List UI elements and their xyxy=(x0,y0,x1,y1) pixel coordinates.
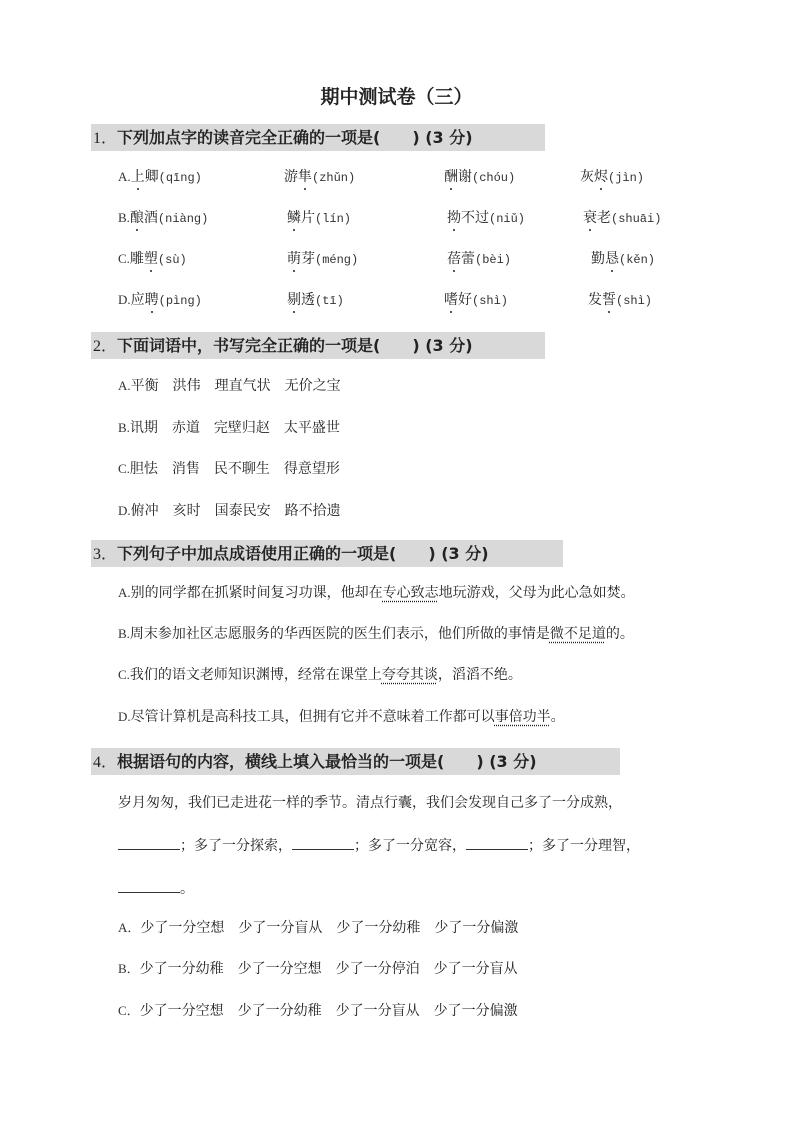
word-part: 不过 xyxy=(461,210,489,226)
option-letter: A． xyxy=(118,920,140,935)
word: 洪伟 xyxy=(173,376,201,396)
phrase: 少了一分盲从 xyxy=(336,1001,420,1021)
sentence-part: 。 xyxy=(551,709,565,725)
option-letter: D. xyxy=(118,503,131,518)
word: 路不拾遗 xyxy=(285,501,341,521)
dotted-char: 拗 xyxy=(447,210,461,226)
fill-blank-2[interactable] xyxy=(292,835,354,850)
fill-blank-1[interactable] xyxy=(118,835,180,850)
q1-option-a[interactable]: A.上卿(qīng) xyxy=(118,167,202,188)
sentence-part: 的。 xyxy=(606,626,634,642)
word: 亥时 xyxy=(173,501,201,521)
word-part: 老 xyxy=(597,210,611,226)
option-letter: B. xyxy=(118,420,130,435)
pinyin: (shuāi) xyxy=(611,212,661,226)
pinyin: (niǔ) xyxy=(489,212,525,226)
word: 民不聊生 xyxy=(214,459,270,479)
dotted-char: 上 xyxy=(131,169,145,185)
dotted-char: 烬 xyxy=(594,169,608,185)
dotted-char: 蓓 xyxy=(447,251,461,267)
word: 无价之宝 xyxy=(285,376,341,396)
q2-option-a[interactable]: A.平衡洪伟理直气状无价之宝 xyxy=(118,376,355,396)
q3-option-b[interactable]: B.周末参加社区志愿服务的华西医院的医生们表示，他们所做的事情是微不足道的。 xyxy=(118,624,634,644)
option-letter: B． xyxy=(118,961,140,976)
score-label: (3 分) xyxy=(489,752,536,771)
q1-c-word-4: 勤恳(kěn) xyxy=(591,249,655,270)
question-prompt: 下面词语中，书写完全正确的一项是( xyxy=(117,336,380,355)
paren-close: ) xyxy=(412,128,419,147)
word-part: 透 xyxy=(301,292,315,308)
word-part: 好 xyxy=(458,292,472,308)
phrase: 少了一分偏激 xyxy=(434,918,518,938)
dotted-idiom: 夸夸其谈 xyxy=(382,667,438,683)
sentence-part: 地玩游戏，父母为此心急如焚。 xyxy=(439,585,635,601)
word: 完壁归赵 xyxy=(214,418,270,438)
pinyin: (shì) xyxy=(472,294,508,308)
question-number: 4． xyxy=(93,754,117,771)
dotted-char: 嗜 xyxy=(444,292,458,308)
q4-option-c[interactable]: C．少了一分空想少了一分幼稚少了一分盲从少了一分偏激 xyxy=(118,1001,532,1021)
dotted-char: 酬 xyxy=(444,169,458,185)
option-letter: C． xyxy=(118,1003,140,1018)
pinyin: (pìng) xyxy=(159,294,202,308)
paren-close: ) xyxy=(412,336,419,355)
word-part: 勤 xyxy=(591,251,605,267)
pinyin: (méng) xyxy=(315,253,358,267)
word: 太平盛世 xyxy=(284,418,340,438)
word: 赤道 xyxy=(172,418,200,438)
pinyin: (niàng) xyxy=(158,212,208,226)
dotted-char: 鳞 xyxy=(287,210,301,226)
word-part: 芽 xyxy=(301,251,315,267)
word: 平衡 xyxy=(131,376,159,396)
dotted-char: 萌 xyxy=(287,251,301,267)
dotted-idiom: 专心致志 xyxy=(383,585,439,601)
paren-close: ) xyxy=(428,544,435,563)
sentence-part: 我们的语文老师知识渊博，经常在课堂上 xyxy=(130,667,382,683)
question-number: 1． xyxy=(93,130,117,147)
dotted-char: 聘 xyxy=(145,292,159,308)
word-part: 卿 xyxy=(145,169,159,185)
dotted-idiom: 事倍功半 xyxy=(495,709,551,725)
word: 讯期 xyxy=(130,418,158,438)
fill-blank-4[interactable] xyxy=(118,878,180,893)
sentence-part: ，滔滔不绝。 xyxy=(438,667,522,683)
pinyin: (lín) xyxy=(315,212,351,226)
option-letter: A. xyxy=(118,585,131,600)
word-part: 谢 xyxy=(458,169,472,185)
option-letter: A. xyxy=(118,169,131,184)
option-letter: D. xyxy=(118,292,131,307)
pinyin: (qīng) xyxy=(159,171,202,185)
q1-d-word-2: 剔透(tī) xyxy=(287,290,344,311)
q1-option-d[interactable]: D.应聘(pìng) xyxy=(118,290,202,311)
passage-segment: ；多了一分宽容， xyxy=(354,838,466,854)
q1-b-word-4: 衰老(shuāi) xyxy=(583,208,661,229)
question-prompt: 下列加点字的读音完全正确的一项是( xyxy=(117,128,380,147)
option-letter: D. xyxy=(118,709,131,724)
q4-passage-line-2: ；多了一分探索，；多了一分宽容，；多了一分理智， xyxy=(118,835,640,856)
q3-option-c[interactable]: C.我们的语文老师知识渊博，经常在课堂上夸夸其谈，滔滔不绝。 xyxy=(118,665,522,685)
q4-option-a[interactable]: A．少了一分空想少了一分盲从少了一分幼稚少了一分偏激 xyxy=(118,918,532,938)
q1-c-word-3: 蓓蕾(bèi) xyxy=(447,249,511,270)
phrase: 少了一分幼稚 xyxy=(336,918,420,938)
question-4-header: 4．根据语句的内容，横线上填入最恰当的一项是() (3 分) xyxy=(91,748,620,775)
word-part: 酒 xyxy=(144,210,158,226)
q4-passage-line-3: 。 xyxy=(118,878,194,899)
phrase: 少了一分盲从 xyxy=(238,918,322,938)
q4-passage-line-1: 岁月匆匆，我们已走进花一样的季节。清点行囊，我们会发现自己多了一分成熟， xyxy=(118,793,622,813)
pinyin: (tī) xyxy=(315,294,344,308)
q1-a-word-3: 酬谢(chóu) xyxy=(444,167,515,188)
option-letter: C. xyxy=(118,251,130,266)
question-prompt: 根据语句的内容，横线上填入最恰当的一项是( xyxy=(117,752,444,771)
sentence-part: 别的同学都在抓紧时间复习功课，他却在 xyxy=(131,585,383,601)
option-letter: C. xyxy=(118,667,130,682)
word: 国泰民安 xyxy=(215,501,271,521)
phrase: 少了一分幼稚 xyxy=(238,1001,322,1021)
dotted-char: 誓 xyxy=(602,292,616,308)
phrase: 少了一分幼稚 xyxy=(140,959,224,979)
page-title: 期中测试卷（三） xyxy=(0,82,793,109)
dotted-char: 隼 xyxy=(298,169,312,185)
phrase: 少了一分空想 xyxy=(140,1001,224,1021)
q1-d-word-3: 嗜好(shì) xyxy=(444,290,508,311)
question-1-header: 1．下列加点字的读音完全正确的一项是() (3 分) xyxy=(91,124,545,151)
dotted-char: 恳 xyxy=(605,251,619,267)
question-number: 3． xyxy=(93,546,117,563)
score-label: (3 分) xyxy=(441,544,488,563)
q2-option-b[interactable]: B.讯期赤道完壁归赵太平盛世 xyxy=(118,418,354,438)
question-2-header: 2．下面词语中，书写完全正确的一项是() (3 分) xyxy=(91,332,545,359)
phrase: 少了一分空想 xyxy=(238,959,322,979)
phrase: 少了一分盲从 xyxy=(434,959,518,979)
word-part: 雕 xyxy=(130,251,144,267)
q2-option-d[interactable]: D.俯冲亥时国泰民安路不拾遗 xyxy=(118,501,355,521)
passage-segment: ；多了一分探索， xyxy=(180,838,292,854)
q4-option-b[interactable]: B．少了一分幼稚少了一分空想少了一分停泊少了一分盲从 xyxy=(118,959,532,979)
phrase: 少了一分停泊 xyxy=(336,959,420,979)
pinyin: (sù) xyxy=(158,253,187,267)
option-letter: C. xyxy=(118,461,130,476)
pinyin: (chóu) xyxy=(472,171,515,185)
word: 消售 xyxy=(172,459,200,479)
dotted-char: 衰 xyxy=(583,210,597,226)
phrase: 少了一分空想 xyxy=(140,918,224,938)
q3-option-a[interactable]: A.别的同学都在抓紧时间复习功课，他却在专心致志地玩游戏，父母为此心急如焚。 xyxy=(118,583,635,603)
pinyin: (bèi) xyxy=(475,253,511,267)
q1-d-word-4: 发誓(shì) xyxy=(588,290,652,311)
word-part: 应 xyxy=(131,292,145,308)
word-part: 游 xyxy=(284,169,298,185)
pinyin: (kěn) xyxy=(619,253,655,267)
dotted-char: 酿 xyxy=(130,210,144,226)
phrase: 少了一分偏激 xyxy=(434,1001,518,1021)
dotted-char: 塑 xyxy=(144,251,158,267)
passage-segment: ；多了一分理智， xyxy=(528,838,640,854)
score-label: (3 分) xyxy=(425,128,472,147)
q1-option-c[interactable]: C.雕塑(sù) xyxy=(118,249,187,270)
option-letter: B. xyxy=(118,626,130,641)
option-letter: B. xyxy=(118,210,130,225)
pinyin: (jìn) xyxy=(608,171,644,185)
dotted-char: 剔 xyxy=(287,292,301,308)
sentence-part: 周末参加社区志愿服务的华西医院的医生们表示，他们所做的事情是 xyxy=(130,626,550,642)
word-part: 灰 xyxy=(580,169,594,185)
q1-b-word-3: 拗不过(niǔ) xyxy=(447,208,525,229)
word: 得意望形 xyxy=(284,459,340,479)
dotted-idiom: 微不足道 xyxy=(550,626,606,642)
q3-option-d[interactable]: D.尽管计算机是高科技工具，但拥有它并不意味着工作都可以事倍功半。 xyxy=(118,707,565,727)
q1-a-word-2: 游隼(zhǔn) xyxy=(284,167,355,188)
passage-end: 。 xyxy=(180,881,194,897)
pinyin: (shì) xyxy=(616,294,652,308)
pinyin: (zhǔn) xyxy=(312,171,355,185)
question-3-header: 3．下列句子中加点成语使用正确的一项是() (3 分) xyxy=(91,540,563,567)
question-prompt: 下列句子中加点成语使用正确的一项是( xyxy=(117,544,396,563)
paren-close: ) xyxy=(476,752,483,771)
q1-option-b[interactable]: B.酿酒(niàng) xyxy=(118,208,208,229)
word-part: 发 xyxy=(588,292,602,308)
score-label: (3 分) xyxy=(425,336,472,355)
word-part: 蕾 xyxy=(461,251,475,267)
q1-c-word-2: 萌芽(méng) xyxy=(287,249,358,270)
word: 胆怯 xyxy=(130,459,158,479)
word: 理直气状 xyxy=(215,376,271,396)
q2-option-c[interactable]: C.胆怯消售民不聊生得意望形 xyxy=(118,459,354,479)
question-number: 2． xyxy=(93,338,117,355)
word-part: 片 xyxy=(301,210,315,226)
word: 俯冲 xyxy=(131,501,159,521)
q1-a-word-4: 灰烬(jìn) xyxy=(580,167,644,188)
q1-b-word-2: 鳞片(lín) xyxy=(287,208,351,229)
option-letter: A. xyxy=(118,378,131,393)
sentence-part: 尽管计算机是高科技工具，但拥有它并不意味着工作都可以 xyxy=(131,709,495,725)
fill-blank-3[interactable] xyxy=(466,835,528,850)
